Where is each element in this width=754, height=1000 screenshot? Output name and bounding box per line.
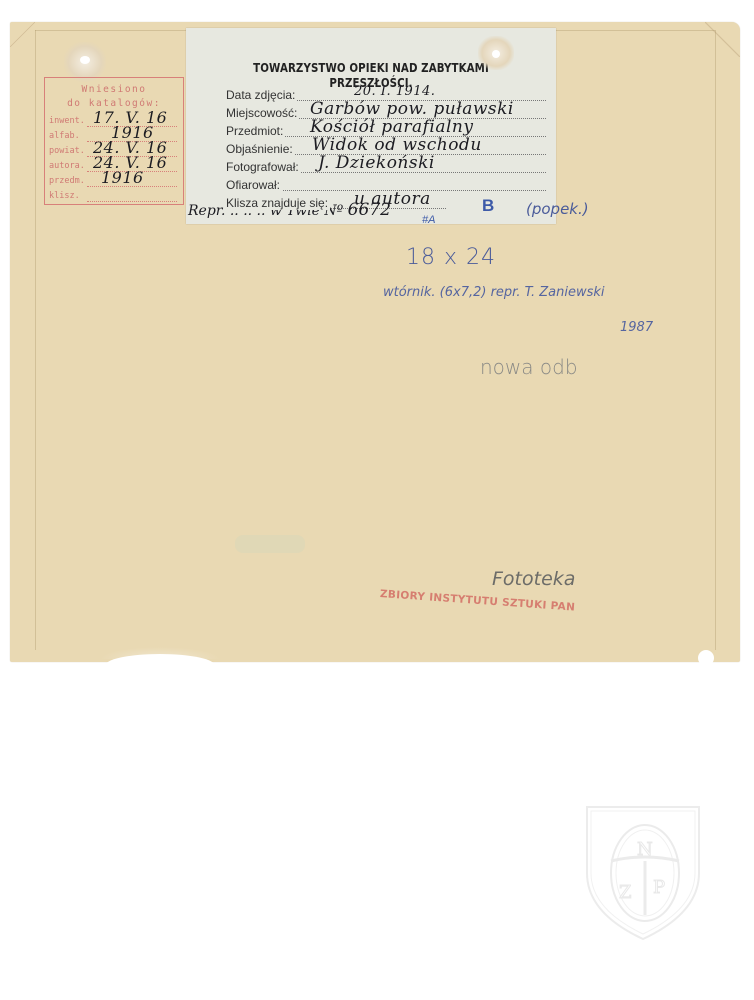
stamp-row: klisz. [49, 189, 177, 204]
pencil-fototeka: Fototeka [492, 568, 575, 590]
stamp-row-label: klisz. [49, 191, 80, 201]
edge-notch [698, 650, 714, 666]
tape-residue [64, 42, 106, 82]
watermark-letter: P [653, 877, 665, 898]
repr-suffix: B [482, 196, 494, 216]
field-label: Ofiarował: [226, 178, 282, 192]
field-value: u autora [354, 189, 431, 209]
field-value: Kościół parafialny [310, 117, 473, 137]
handwritten-size: 18 x 24 [406, 245, 496, 270]
field-photographer: Fotografował: J. Dziekoński [226, 158, 546, 176]
field-value: J. Dziekoński [318, 153, 435, 173]
field-value: Garbów pow. puławski [310, 99, 514, 119]
handwritten-negative-note: wtórnik. (6x7,2) repr. T. Zaniewski [383, 285, 605, 300]
watermark-letter: N [637, 839, 653, 860]
field-label: Fotografował: [226, 160, 301, 174]
watermark-letter: Z [619, 882, 632, 903]
stamp-row-label: powiat. [49, 146, 85, 156]
tape-residue [478, 36, 514, 70]
corner-fold [10, 22, 35, 47]
faint-stain [235, 535, 305, 553]
field-label: Miejscowość: [226, 106, 299, 120]
field-label: Przedmiot: [226, 124, 285, 138]
shield-watermark-icon: N Z P [583, 803, 703, 943]
corner-fold [705, 22, 740, 57]
catalog-stamp: Wniesiono do katalogów: inwent. 17. V. 1… [44, 77, 184, 205]
field-value: 20. I. 1914. [354, 84, 435, 99]
field-value: Widok od wschodu [312, 135, 482, 155]
handwritten-year: 1987 [620, 320, 653, 335]
stamp-row-value: 1916 [101, 168, 144, 187]
stamp-row-label: alfab. [49, 131, 80, 141]
pencil-note: nowa odb [480, 355, 578, 379]
emboss-line [35, 30, 36, 650]
stamp-row-label: przedm. [49, 176, 85, 186]
stamp-row: przedm. 1916 [49, 174, 177, 189]
field-label: Klisza znajduje się: [226, 196, 330, 210]
field-label: Objaśnienie: [226, 142, 295, 156]
stamp-heading: Wniesiono [45, 84, 183, 95]
stamp-row-label: autora. [49, 161, 85, 171]
handwritten-popek: (popek.) [526, 200, 589, 218]
stamp-row-label: inwent. [49, 116, 85, 126]
field-label: Data zdjęcia: [226, 88, 297, 102]
dotted-line [87, 201, 177, 202]
emboss-line [715, 30, 716, 650]
repr-mark: #A [422, 214, 435, 226]
